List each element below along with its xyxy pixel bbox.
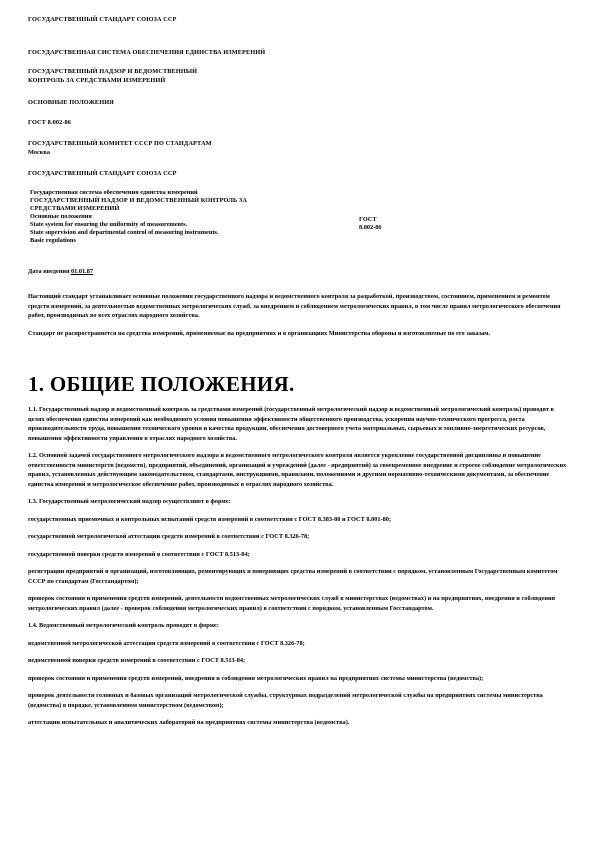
intro-section: Настоящий стандарт устанавливает основны… [28,292,568,338]
intro-date: Дата введения 01.01.87 [28,268,93,276]
section-paragraph: государственных приемочных и контрольных… [28,515,568,525]
section-body: 1.1. Государственный надзор и ведомствен… [28,405,568,728]
intro-date-value-link[interactable]: 01.01.87 [71,268,93,275]
title-block-line: Основные положения [30,213,247,221]
header-title-line2: КОНТРОЛЬ ЗА СРЕДСТВАМИ ИЗМЕРЕНИЙ [28,77,165,85]
title-block-line: Basic regulations [30,237,247,245]
title-block: Государственная система обеспечения един… [30,189,247,245]
title-block-line: Государственная система обеспечения един… [30,189,247,197]
gost-label: ГОСТ [359,216,382,224]
section-paragraph: проверок состояния и применения средств … [28,594,568,613]
section-paragraph: 1.2. Основной задачей государственного м… [28,451,568,489]
header-title-line1: ГОСУДАРСТВЕННЫЙ НАДЗОР И ВЕДОМСТВЕННЫЙ [28,68,197,76]
title-block-line: СРЕДСТВАМИ ИЗМЕРЕНИЙ [30,205,247,213]
header-committee: ГОСУДАРСТВЕННЫЙ КОМИТЕТ СССР ПО СТАНДАРТ… [28,140,212,148]
title-block-line: State system for ensuring the uniformity… [30,221,247,229]
header-system: ГОСУДАРСТВЕННАЯ СИСТЕМА ОБЕСПЕЧЕНИЯ ЕДИН… [28,49,265,57]
gost-code: 8.002-86 [359,224,382,232]
section-paragraph: 1.1. Государственный надзор и ведомствен… [28,405,568,443]
title-block-line: ГОСУДАРСТВЕННЫЙ НАДЗОР И ВЕДОМСТВЕННЫЙ К… [30,197,247,205]
section-paragraph: 1.4. Ведомственный метрологический контр… [28,621,568,631]
header-city: Москва [28,149,50,157]
section-paragraph: 1.3. Государственный метрологический над… [28,497,568,507]
section-paragraph: ведомственной метрологической аттестации… [28,639,568,649]
section-paragraph: ведомственной поверки средств измерений … [28,656,568,666]
title-block-gost: ГОСТ 8.002-86 [359,216,382,232]
section-paragraph: проверок состояния и применения средств … [28,674,568,684]
title-block-line: State supervision and departmental contr… [30,229,247,237]
section-paragraph: проверок деятельности головных и базовых… [28,691,568,710]
header-gost-number: ГОСТ 8.002-86 [28,119,71,127]
section-paragraph: государственной поверки средств измерени… [28,550,568,560]
header-standard-union: ГОСУДАРСТВЕННЫЙ СТАНДАРТ СОЮЗА ССР [28,16,176,24]
section-heading: 1. ОБЩИЕ ПОЛОЖЕНИЯ. [28,372,295,396]
header-standard-union-2: ГОСУДАРСТВЕННЫЙ СТАНДАРТ СОЮЗА ССР [28,170,176,178]
section-paragraph: аттестации испытательных и аналитических… [28,718,568,728]
header-subtitle: ОСНОВНЫЕ ПОЛОЖЕНИЯ [28,99,114,107]
section-paragraph: регистрации предприятий и организаций, и… [28,567,568,586]
intro-date-label: Дата введения [28,268,69,275]
intro-paragraph: Настоящий стандарт устанавливает основны… [28,292,568,321]
section-paragraph: государственной метрологической аттестац… [28,532,568,542]
intro-paragraph: Стандарт не распространяется на средства… [28,329,568,339]
